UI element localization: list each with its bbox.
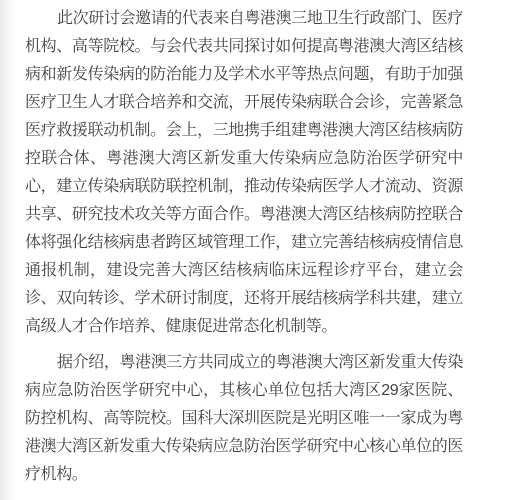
left-edge-shadow [0, 0, 16, 500]
article-body: 此次研讨会邀请的代表来自粤港澳三地卫生行政部门、医疗机构、高等院校。与会代表共同… [25, 5, 463, 497]
paragraph-research-center-intro: 据介绍，粤港澳三方共同成立的粤港澳大湾区新发重大传染病应急防治医学研究中心，其核… [25, 349, 463, 489]
paragraph-symposium-overview: 此次研讨会邀请的代表来自粤港澳三地卫生行政部门、医疗机构、高等院校。与会代表共同… [25, 5, 463, 341]
